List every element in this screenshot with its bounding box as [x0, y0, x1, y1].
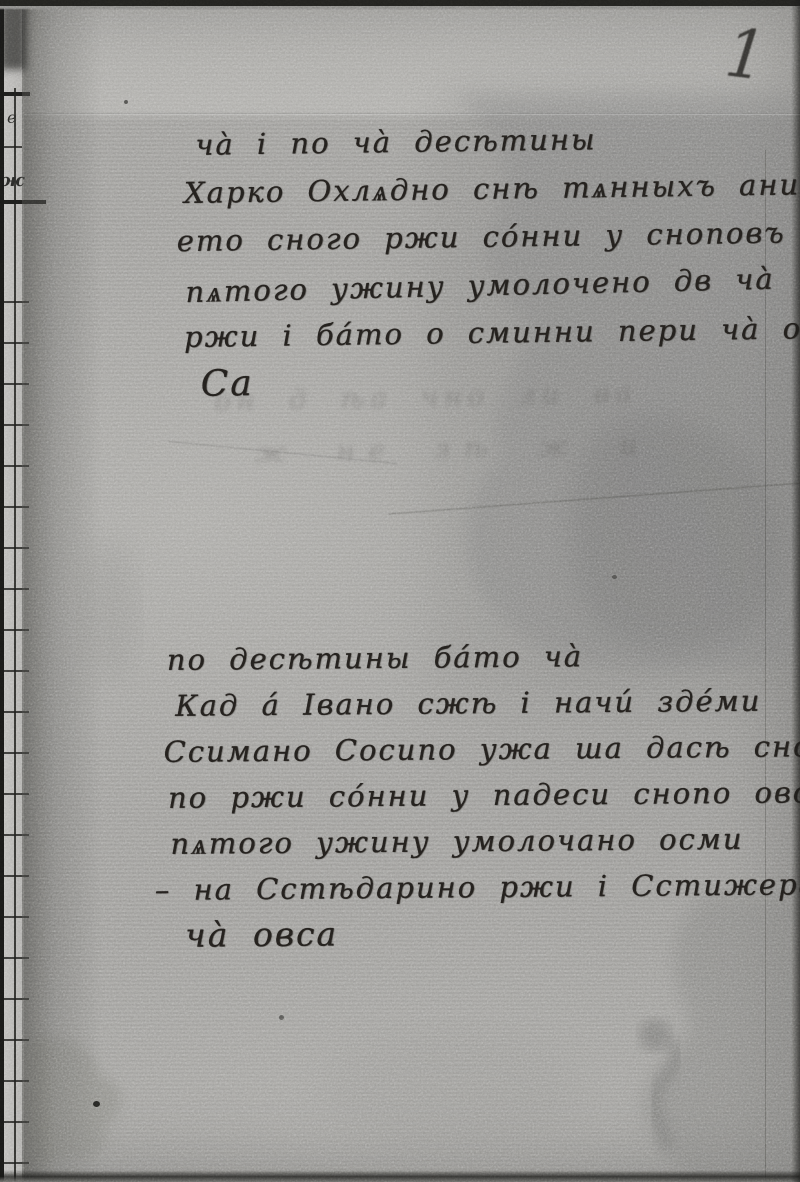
manuscript-line: Ссимано Сосипо ужа ша дасѣ сно: [163, 723, 800, 775]
manuscript-line: – на Сстѣдарино ржи і Сстижера: [155, 861, 800, 913]
manuscript-line: пѧтого ужину умолочано осми: [170, 815, 800, 867]
handwriting-block-1: ча̀ і по ча̀ десѣтины Харко Охлѧдно снѣ …: [183, 111, 800, 409]
manuscript-line: Кад а́ Івано сжѣ і начи́ зде́ми: [175, 677, 800, 729]
bleed-through-line: ж не зѣ ж и: [255, 419, 651, 479]
manuscript-line: ча̀ і по ча̀ десѣтины: [195, 111, 800, 169]
scan-top-edge: [0, 0, 800, 10]
fragment-letter-zh: ж: [1, 170, 25, 191]
scan-left-edge: [0, 0, 4, 1182]
manuscript-line: ча̀ овса: [185, 907, 800, 959]
manuscript-line: Са: [200, 351, 800, 409]
manuscript-line: Харко Охлѧдно снѣ тѧнныхъ ани ржи: [184, 159, 800, 217]
scan-corner-shadow: [0, 0, 26, 70]
manuscript-line: по ржи со́нни у падеси снопо овса: [168, 769, 800, 821]
handwriting-block-2: по десѣтины ба́то ча̀ Кад а́ Івано сжѣ і…: [167, 631, 800, 959]
binding-spine-line: [14, 88, 16, 1182]
fragment-letter-e: е: [7, 108, 16, 127]
scan-bottom-edge: [0, 1170, 800, 1182]
manuscript-line: по десѣтины ба́то ча̀: [167, 631, 800, 683]
binding-shadow: [22, 0, 102, 1182]
scan-right-edge: [791, 0, 800, 1182]
manuscript-scan: он д ѣа чно ли ва ж не зѣ ж и ча̀ і по ч…: [0, 0, 800, 1182]
